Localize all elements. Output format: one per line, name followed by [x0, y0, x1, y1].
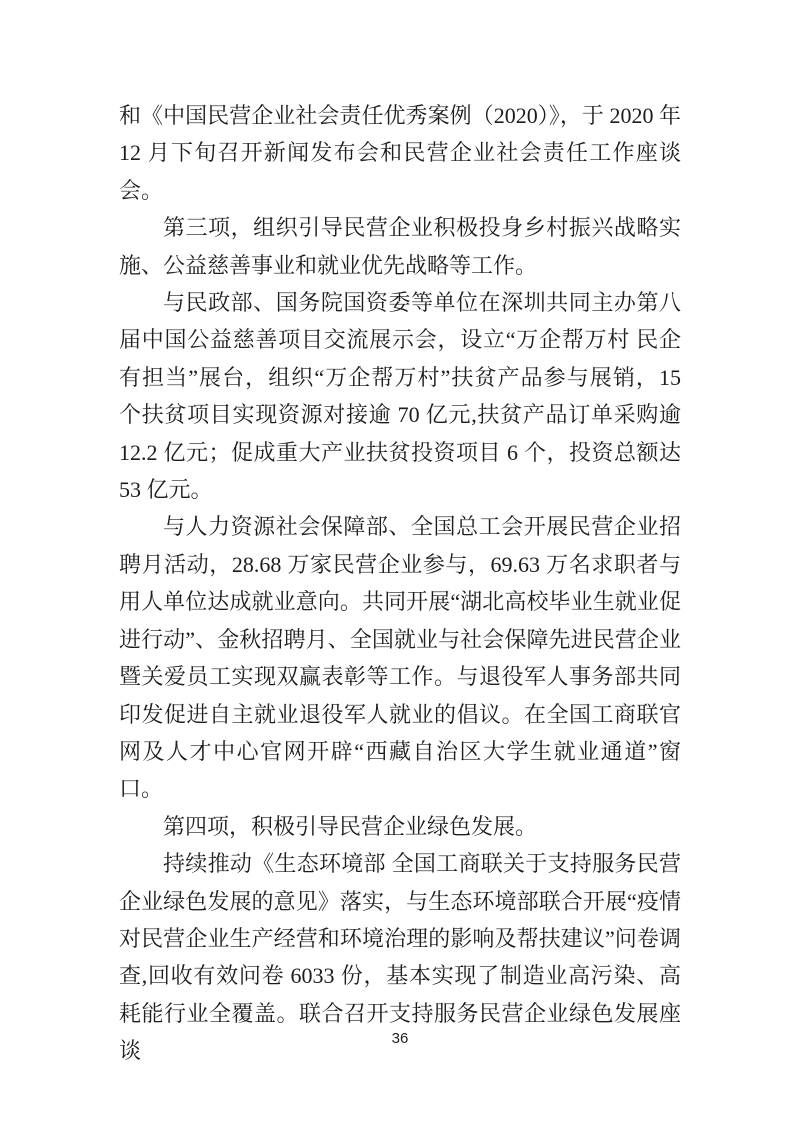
document-page: 和《中国民营企业社会责任优秀案例（2020）》，于 2020 年 12 月下旬召…: [0, 0, 800, 1131]
paragraph-employment: 与人力资源社会保障部、全国总工会开展民营企业招聘月活动，28.68 万家民营企业…: [119, 508, 681, 807]
paragraph-continuation: 和《中国民营企业社会责任优秀案例（2020）》，于 2020 年 12 月下旬召…: [119, 97, 681, 209]
page-body-text: 和《中国民营企业社会责任优秀案例（2020）》，于 2020 年 12 月下旬召…: [119, 97, 681, 1070]
paragraph-item-three: 第三项，组织引导民营企业积极投身乡村振兴战略实施、公益慈善事业和就业优先战略等工…: [119, 209, 681, 284]
paragraph-charity-exhibition: 与民政部、国务院国资委等单位在深圳共同主办第八届中国公益慈善项目交流展示会，设立…: [119, 284, 681, 508]
paragraph-item-four: 第四项，积极引导民营企业绿色发展。: [119, 808, 681, 845]
page-number: 36: [0, 1030, 800, 1047]
